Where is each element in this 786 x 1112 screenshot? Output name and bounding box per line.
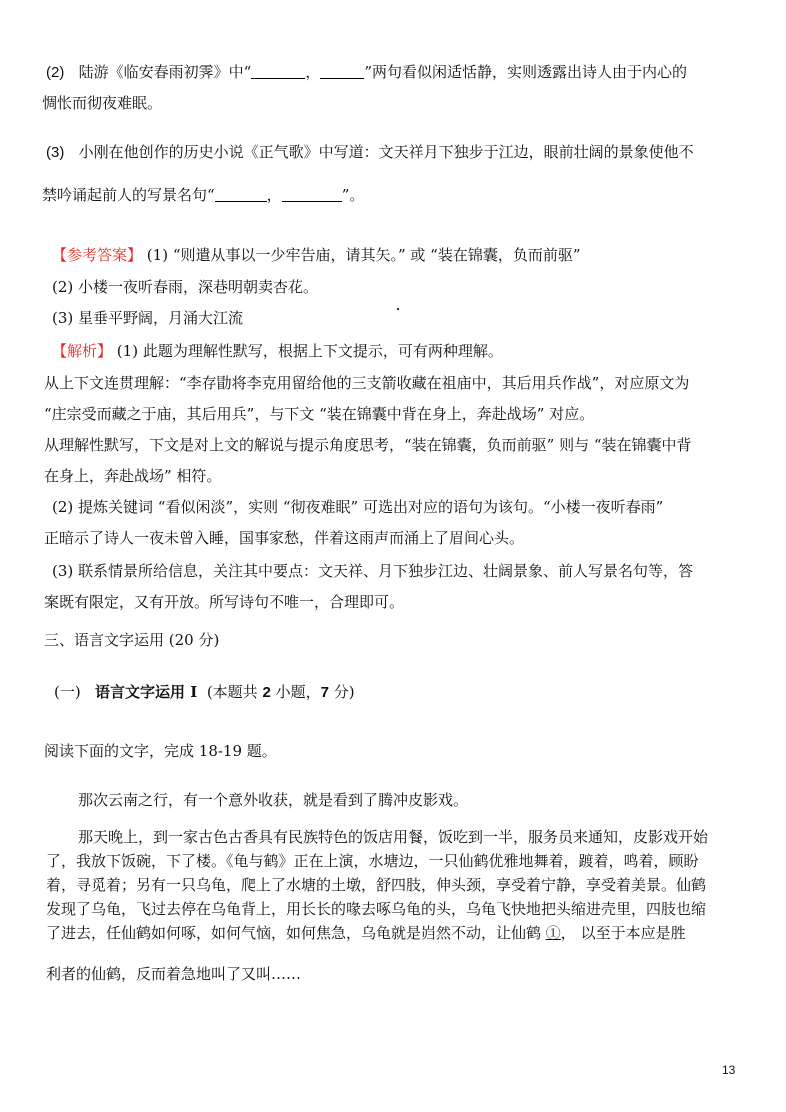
points-value: 7 bbox=[321, 684, 329, 701]
question-count: 2 bbox=[262, 684, 270, 701]
question-3-line2: 禁吟诵起前人的写景名句“，”。 bbox=[42, 185, 364, 205]
answer-line-2: (2) 小楼一夜听春雨，深巷明朝卖杏花。 bbox=[52, 277, 318, 297]
passage-paragraph-1: 那次云南之行，有一个意外收获，就是看到了腾冲皮影戏。 bbox=[78, 790, 468, 810]
analysis-line-2: 从上下文连贯理解：“李存勖将李克用留给他的三支箭收藏在祖庙中，其后用兵作战”，对… bbox=[44, 373, 689, 393]
question-3-line1: (3) 小刚在他创作的历史小说《正气歌》中写道：文天祥月下独步于江边，眼前壮阔的… bbox=[46, 142, 694, 163]
analysis-line-1: 【解析】 (1) 此题为理解性默写，根据上下文提示，可有两种理解。 bbox=[52, 341, 503, 361]
question-number: (3) bbox=[46, 144, 64, 161]
analysis-line-3: “庄宗受而藏之于庙，其后用兵”，与下文 “装在锦囊中背在身上，奔赴战场” 对应。 bbox=[44, 404, 594, 424]
passage-line: 了，我放下饭碗，下了楼。《龟与鹤》正在上演，水塘边，一只仙鹤优雅地舞着，踱着，鸣… bbox=[46, 851, 699, 871]
answer-text: (1) “则遣从事以一少牢告庙，请其矢。” 或 “装在锦囊，负而前驱” bbox=[147, 246, 581, 264]
question-text: 小刚在他创作的历史小说《正气歌》中写道：文天祥月下独步于江边，眼前壮阔的景象使他… bbox=[79, 143, 694, 161]
question-text: 禁吟诵起前人的写景名句“ bbox=[42, 186, 215, 204]
subsection-name: 语言文字运用 I bbox=[95, 683, 197, 701]
passage-text: 了进去，任仙鹤如何啄，如何气恼，如何焦急，乌龟就是岿然不动，让仙鹤 bbox=[46, 924, 546, 942]
subsection-number: (一) bbox=[54, 683, 81, 701]
subsection-info: (本题共 bbox=[207, 683, 263, 701]
numbered-blank[interactable]: ① bbox=[546, 924, 561, 942]
separator: ， bbox=[267, 186, 282, 204]
analysis-line-7: 正暗示了诗人一夜未曾入睡，国事家愁，伴着这雨声而涌上了眉间心头。 bbox=[44, 528, 524, 548]
answer-line-1: 【参考答案】 (1) “则遣从事以一少牢告庙，请其矢。” 或 “装在锦囊，负而前… bbox=[52, 245, 581, 265]
page-number: 13 bbox=[722, 1063, 735, 1077]
subsection-info: 小题， bbox=[271, 683, 321, 701]
answer-line-3: (3) 星垂平野阔，月涌大江流 bbox=[52, 308, 243, 328]
passage-line: 那天晚上，到一家古色古香具有民族特色的饭店用餐，饭吃到一半，服务员来通知，皮影戏… bbox=[78, 827, 708, 847]
fill-blank[interactable] bbox=[215, 187, 267, 202]
passage-line: 着，寻觅着；另有一只乌龟，爬上了水塘的土墩，舒四肢，伸头颈，享受着宁静，享受着美… bbox=[46, 875, 706, 895]
separator: ， bbox=[305, 63, 320, 81]
analysis-line-6: (2) 提炼关键词 “看似闲淡”，实则 “彻夜难眠” 可选出对应的语句为该句。“… bbox=[52, 497, 663, 517]
analysis-line-5: 在身上，奔赴战场” 相符。 bbox=[44, 466, 221, 486]
stray-dot bbox=[397, 308, 399, 310]
question-text: 陆游《临安春雨初霁》中“ bbox=[79, 63, 252, 81]
fill-blank[interactable] bbox=[320, 64, 364, 79]
subsection-info: 分) bbox=[329, 683, 355, 701]
question-2-line1: (2) 陆游《临安春雨初霁》中“，”两句看似闲适恬静，实则透露出诗人由于内心的 bbox=[46, 62, 687, 83]
passage-line: 发现了乌龟，飞过去停在乌龟背上，用长长的喙去啄乌龟的头，乌龟飞快地把头缩进壳里，… bbox=[46, 899, 706, 919]
question-text: ”。 bbox=[342, 186, 365, 204]
analysis-line-8: (3) 联系情景所给信息，关注其中要点：文天祥、月下独步江边、壮阔景象、前人写景… bbox=[52, 561, 693, 581]
reading-instruction: 阅读下面的文字，完成 18-19 题。 bbox=[44, 741, 277, 761]
analysis-label: 【解析】 bbox=[52, 342, 112, 360]
analysis-line-9: 案既有限定，又有开放。所写诗句不唯一，合理即可。 bbox=[44, 592, 404, 612]
question-number: (2) bbox=[46, 64, 64, 81]
subsection-title: (一) 语言文字运用 I (本题共 2 小题，7 分) bbox=[54, 682, 355, 703]
passage-line: 利者的仙鹤，反而着急地叫了又叫…… bbox=[46, 964, 301, 984]
section-title: 三、语言文字运用 (20 分) bbox=[44, 630, 219, 650]
analysis-line-4: 从理解性默写，下文是对上文的解说与提示角度思考，“装在锦囊，负而前驱” 则与 “… bbox=[44, 435, 692, 455]
question-2-line2: 惆怅而彻夜难眠。 bbox=[42, 93, 162, 113]
passage-line: 了进去，任仙鹤如何啄，如何气恼，如何焦急，乌龟就是岿然不动，让仙鹤 ①， 以至于… bbox=[46, 923, 686, 943]
passage-text: ， 以至于本应是胜 bbox=[561, 924, 686, 942]
analysis-text: (1) 此题为理解性默写，根据上下文提示，可有两种理解。 bbox=[117, 342, 503, 360]
answer-label: 【参考答案】 bbox=[52, 246, 142, 264]
fill-blank[interactable] bbox=[282, 187, 342, 202]
question-text: ”两句看似闲适恬静，实则透露出诗人由于内心的 bbox=[364, 63, 687, 81]
fill-blank[interactable] bbox=[251, 64, 305, 79]
